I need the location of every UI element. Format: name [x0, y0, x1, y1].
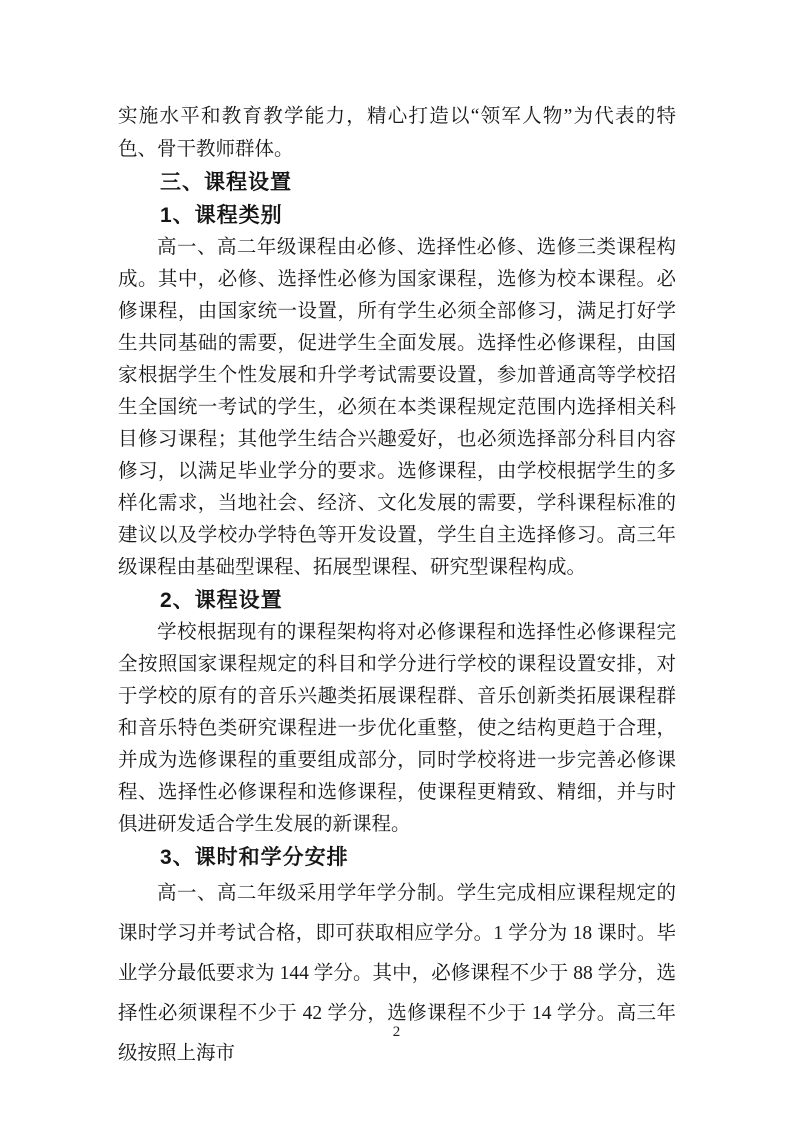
- page-number: 2: [0, 1022, 793, 1042]
- paragraph-continued-from-previous-page: 实施水平和教育教学能力，精心打造以“领军人物”为代表的特色、骨干教师群体。: [118, 100, 676, 166]
- paragraph-course-categories: 高一、高二年级课程由必修、选择性必修、选修三类课程构成。其中，必修、选择性必修为…: [118, 232, 676, 584]
- document-body: 实施水平和教育教学能力，精心打造以“领军人物”为代表的特色、骨干教师群体。 三、…: [118, 100, 676, 1074]
- paragraph-hours-and-credits: 高一、高二年级采用学年学分制。学生完成相应课程规定的课时学习并考试合格，即可获取…: [118, 874, 676, 1074]
- subsection-heading-course-setup: 2、课程设置: [118, 584, 676, 617]
- subsection-heading-hours-and-credits: 3、课时和学分安排: [118, 841, 676, 874]
- subsection-heading-course-categories: 1、课程类别: [118, 199, 676, 232]
- paragraph-course-setup: 学校根据现有的课程架构将对必修课程和选择性必修课程完全按照国家课程规定的科目和学…: [118, 617, 676, 841]
- document-page: 实施水平和教育教学能力，精心打造以“领军人物”为代表的特色、骨干教师群体。 三、…: [0, 0, 793, 1122]
- section-heading-curriculum-settings: 三、课程设置: [118, 166, 676, 199]
